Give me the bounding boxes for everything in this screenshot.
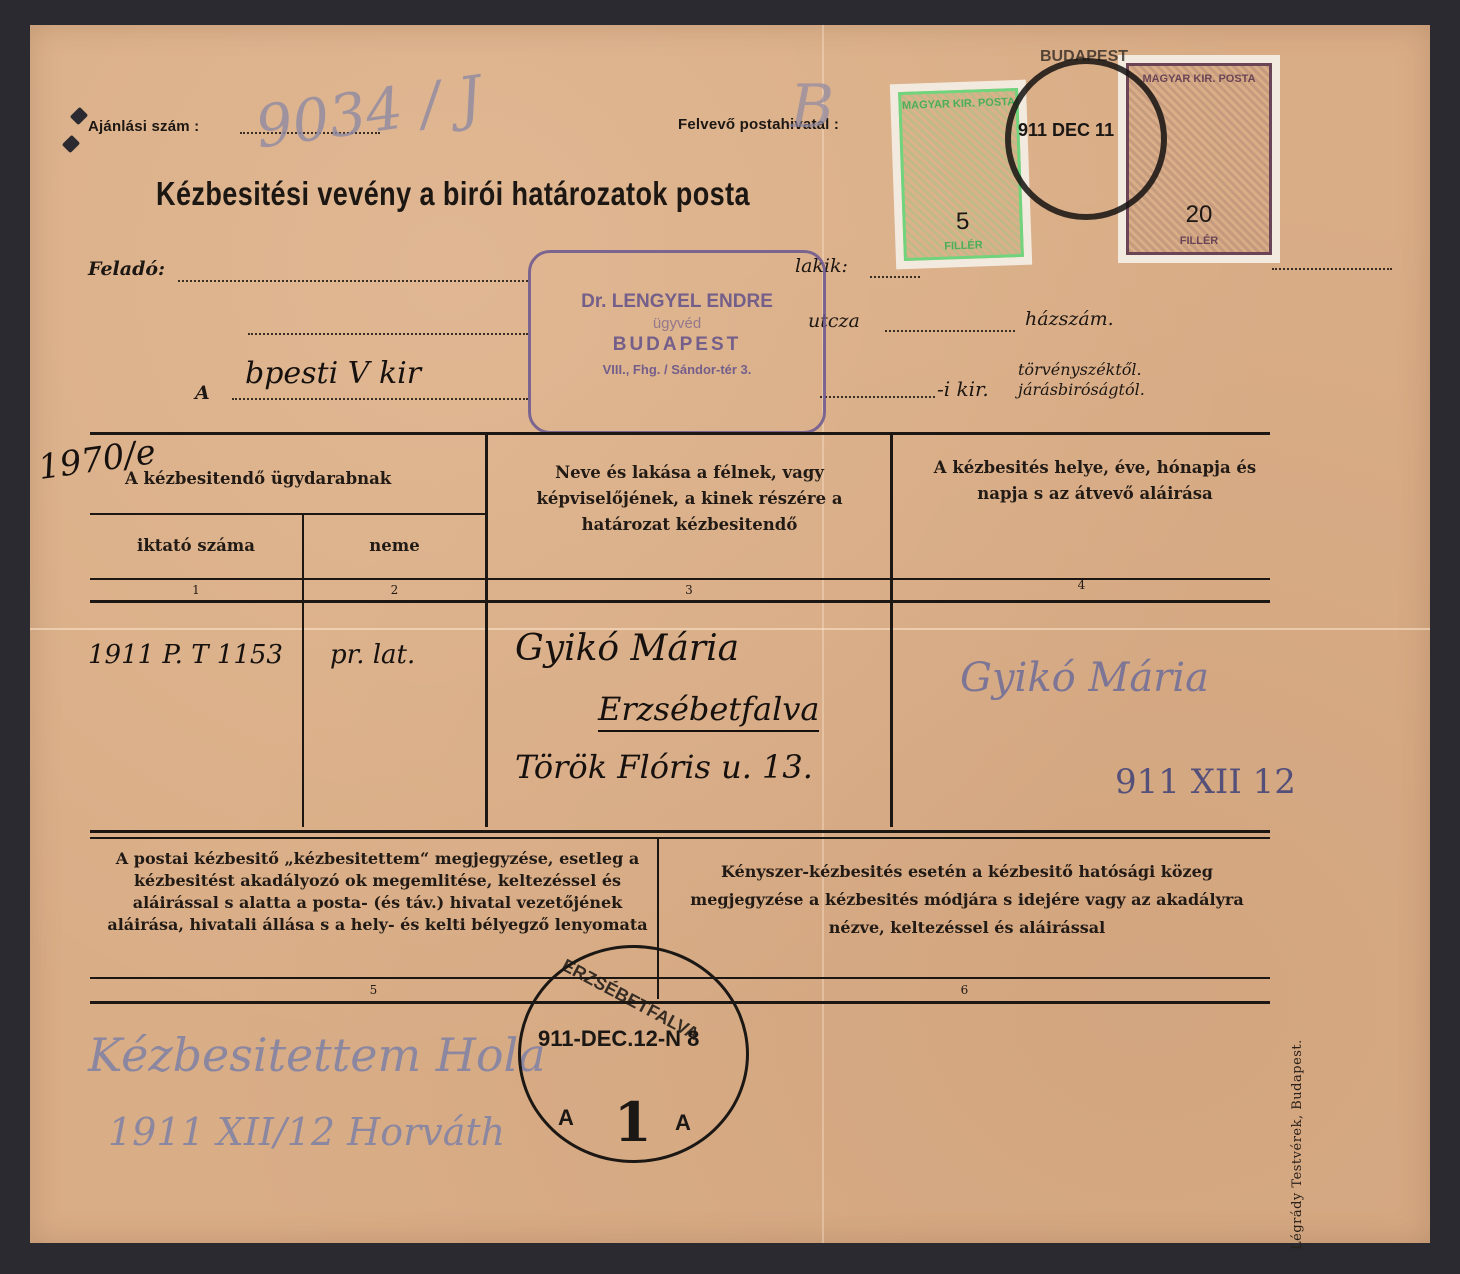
lawyer-address: VIII., Fhg. / Sándor-tér 3. xyxy=(531,362,823,377)
court-option-tribunal: törvényszéktől. xyxy=(1018,360,1145,380)
fold-crease-vertical xyxy=(822,25,824,1243)
table-divider xyxy=(890,432,893,827)
document-title: Kézbesitési vevény a birói határozatok p… xyxy=(156,175,750,213)
table-top-border xyxy=(90,432,1270,435)
receipt-signature-pencil: Gyikó Mária xyxy=(960,655,1209,701)
bottom-postmark-date: 911-DEC.12-N 8 xyxy=(538,1026,699,1052)
bottom-postmark-office-number: 1 xyxy=(614,1090,652,1154)
table-header-bottom xyxy=(90,600,1270,603)
table-divider xyxy=(485,432,488,827)
court-dotted-line xyxy=(232,398,528,400)
stamp-value: 20 xyxy=(1126,201,1272,229)
delivery-note-line1: Kézbesitettem Hola xyxy=(88,1028,546,1082)
stamp-country-text: MAGYAR KIR. POSTA xyxy=(1126,73,1272,85)
delivery-note-line2: 1911 XII/12 Horváth xyxy=(108,1110,505,1154)
top-postmark-city: BUDAPEST xyxy=(1040,48,1128,66)
court-options: törvényszéktől. járásbiróságtól. xyxy=(1018,360,1145,400)
punch-hole xyxy=(62,135,80,153)
table-group-divider xyxy=(90,513,485,515)
group-header: A kézbesitendő ügydarabnak xyxy=(125,466,465,492)
bottom-postmark-letter-right: A xyxy=(675,1110,691,1136)
column-header-type: neme xyxy=(304,533,485,559)
lower-top-border-2 xyxy=(90,837,1270,839)
column-number: 4 xyxy=(893,578,1270,592)
lawyer-city: BUDAPEST xyxy=(531,334,823,356)
recipient-name-value: Gyikó Mária xyxy=(515,628,739,669)
court-option-district-court: járásbiróságtól. xyxy=(1018,380,1145,400)
recipient-town-value: Erzsébetfalva xyxy=(598,690,819,732)
lawyer-title: ügyvéd xyxy=(531,315,823,332)
table-divider xyxy=(302,515,304,827)
house-number-label: házszám. xyxy=(1025,308,1114,330)
court-dotted-line-2 xyxy=(820,396,935,398)
lower-top-border xyxy=(90,830,1270,833)
lawyer-name: Dr. LENGYEL ENDRE xyxy=(531,291,823,313)
printer-imprint: Légrády Testvérek, Budapest. xyxy=(1290,1039,1305,1250)
residence-dotted-line xyxy=(870,276,920,278)
court-prefix-label: A xyxy=(195,382,210,404)
address-dotted-line xyxy=(248,333,528,335)
recipient-address-value: Török Flóris u. 13. xyxy=(515,748,813,786)
street-dotted-line xyxy=(885,330,1015,332)
court-handwritten: bpesti V kir xyxy=(245,356,421,391)
court-suffix-label: -i kir. xyxy=(937,377,989,401)
column-number: 3 xyxy=(488,583,890,597)
column-number: 1 xyxy=(90,583,302,597)
residence-dotted-line-end xyxy=(1272,268,1392,270)
receipt-date-pencil: 911 XII 12 xyxy=(1115,762,1296,802)
lawyer-rubber-stamp: Dr. LENGYEL ENDRE ügyvéd BUDAPEST VIII.,… xyxy=(528,250,826,434)
sender-dotted-line xyxy=(178,280,528,282)
column-header-file-number: iktató száma xyxy=(90,533,302,559)
file-number-value: 1911 P. T 1153 xyxy=(88,640,283,670)
registration-label: Ajánlási szám : xyxy=(88,118,199,135)
sender-label: Feladó: xyxy=(88,258,165,280)
col5-instructions: A postai kézbesitő „kézbesitettem“ megje… xyxy=(100,848,655,936)
receiving-office-pencil: B xyxy=(790,72,834,142)
stamp-value: 5 xyxy=(902,206,1023,238)
top-postmark-date: 911 DEC 11 xyxy=(1018,120,1114,141)
type-value: pr. lat. xyxy=(330,640,415,670)
column-number: 6 xyxy=(659,983,1270,997)
column-header-delivery: A kézbesités helye, éve, hónapja és napj… xyxy=(925,455,1265,507)
stamp-unit: FILLÉR xyxy=(1126,235,1272,247)
punch-hole xyxy=(70,107,88,125)
col6-instructions: Kényszer-kézbesités esetén a kézbesitő h… xyxy=(672,858,1262,942)
column-number: 2 xyxy=(304,583,485,597)
column-header-recipient: Neve és lakása a félnek, vagy képviselőj… xyxy=(502,460,877,538)
bottom-postmark-letter-left: A xyxy=(558,1105,574,1131)
